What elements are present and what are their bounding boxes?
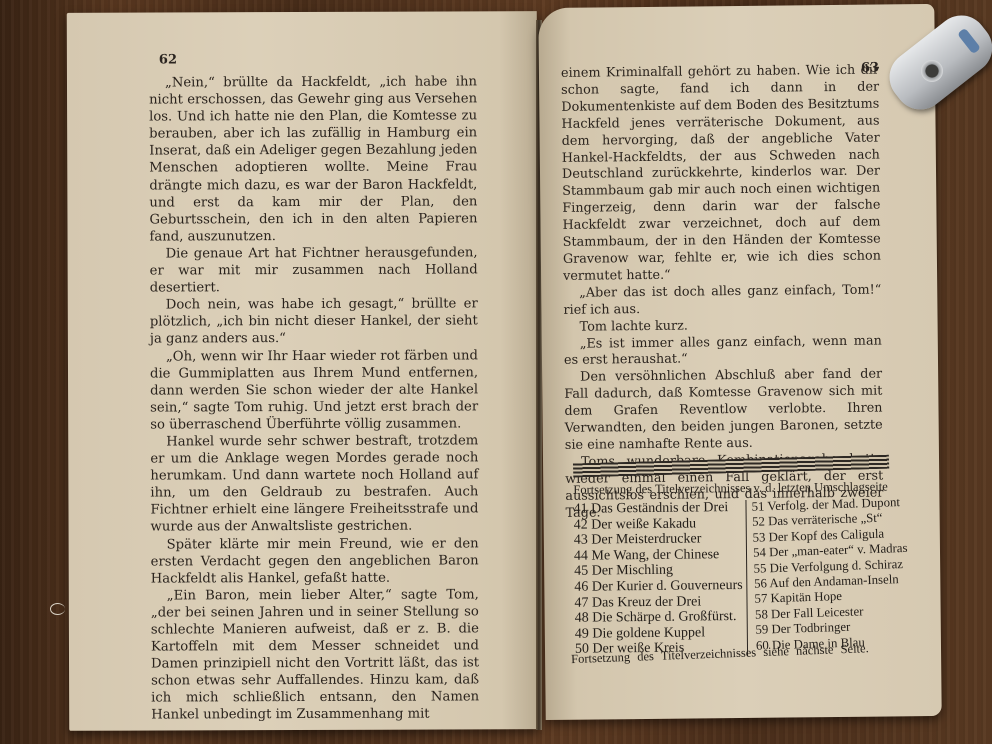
page-number-left: 62 <box>159 52 177 67</box>
catalog-item: 44 Me Wang, der Chinese <box>574 547 742 564</box>
right-page-text: einem Kriminalfall gehört zu haben. Wie … <box>561 63 884 523</box>
paragraph: „Aber das ist doch alles ganz einfach, T… <box>563 282 881 319</box>
left-page: 62 „Nein,“ brüllte da Hackfeldt, „ich ha… <box>67 11 540 731</box>
catalog-item: 48 Die Schärpe d. Großfürst. <box>575 609 743 626</box>
paragraph: „Ein Baron, mein lieber Alter,“ sagte To… <box>151 586 479 724</box>
catalog-item: 43 Der Meisterdrucker <box>574 531 742 548</box>
paragraph: Die genaue Art hat Fichtner herausgefund… <box>150 244 478 296</box>
catalog-item: 42 Der weiße Kakadu <box>574 516 742 533</box>
catalog-column-right: 51 Verfolg. der Mad. Dupont 52 Das verrä… <box>747 495 911 656</box>
catalog-item: 46 Der Kurier d. Gouverneurs <box>574 578 742 595</box>
catalog-item: 45 Der Mischling <box>574 562 742 579</box>
paragraph: Später klärte mir mein Freund, wie er de… <box>151 535 479 587</box>
pen-tip <box>921 60 943 82</box>
paragraph: „Es ist immer alles ganz einfach, wenn m… <box>564 333 882 370</box>
title-catalog: 41 Das Geständnis der Drei 42 Der weiße … <box>573 498 895 657</box>
paragraph: einem Kriminalfall gehört zu haben. Wie … <box>561 63 881 286</box>
paragraph: Den versöhnlichen Abschluß aber fand der… <box>564 367 883 455</box>
paragraph: „Nein,“ brüllte da Hackfeldt, „ich habe … <box>149 73 478 245</box>
catalog-column-left: 41 Das Geständnis der Drei 42 Der weiße … <box>573 500 748 658</box>
right-page: 63 einem Kriminalfall gehört zu haben. W… <box>538 4 941 720</box>
paragraph: Doch nein, was habe ich gesagt,“ brüllte… <box>150 296 478 348</box>
left-page-text: „Nein,“ brüllte da Hackfeldt, „ich habe … <box>149 73 479 724</box>
catalog-item: 41 Das Geständnis der Drei <box>573 500 741 517</box>
catalog-item: 47 Das Kreuz der Drei <box>574 594 742 611</box>
binding-thread <box>50 603 65 615</box>
paragraph: „Oh, wenn wir Ihr Haar wieder rot färben… <box>150 347 478 434</box>
paragraph: Hankel wurde sehr schwer bestraft, trotz… <box>150 432 478 536</box>
catalog-item: 49 Die goldene Kuppel <box>575 625 743 642</box>
